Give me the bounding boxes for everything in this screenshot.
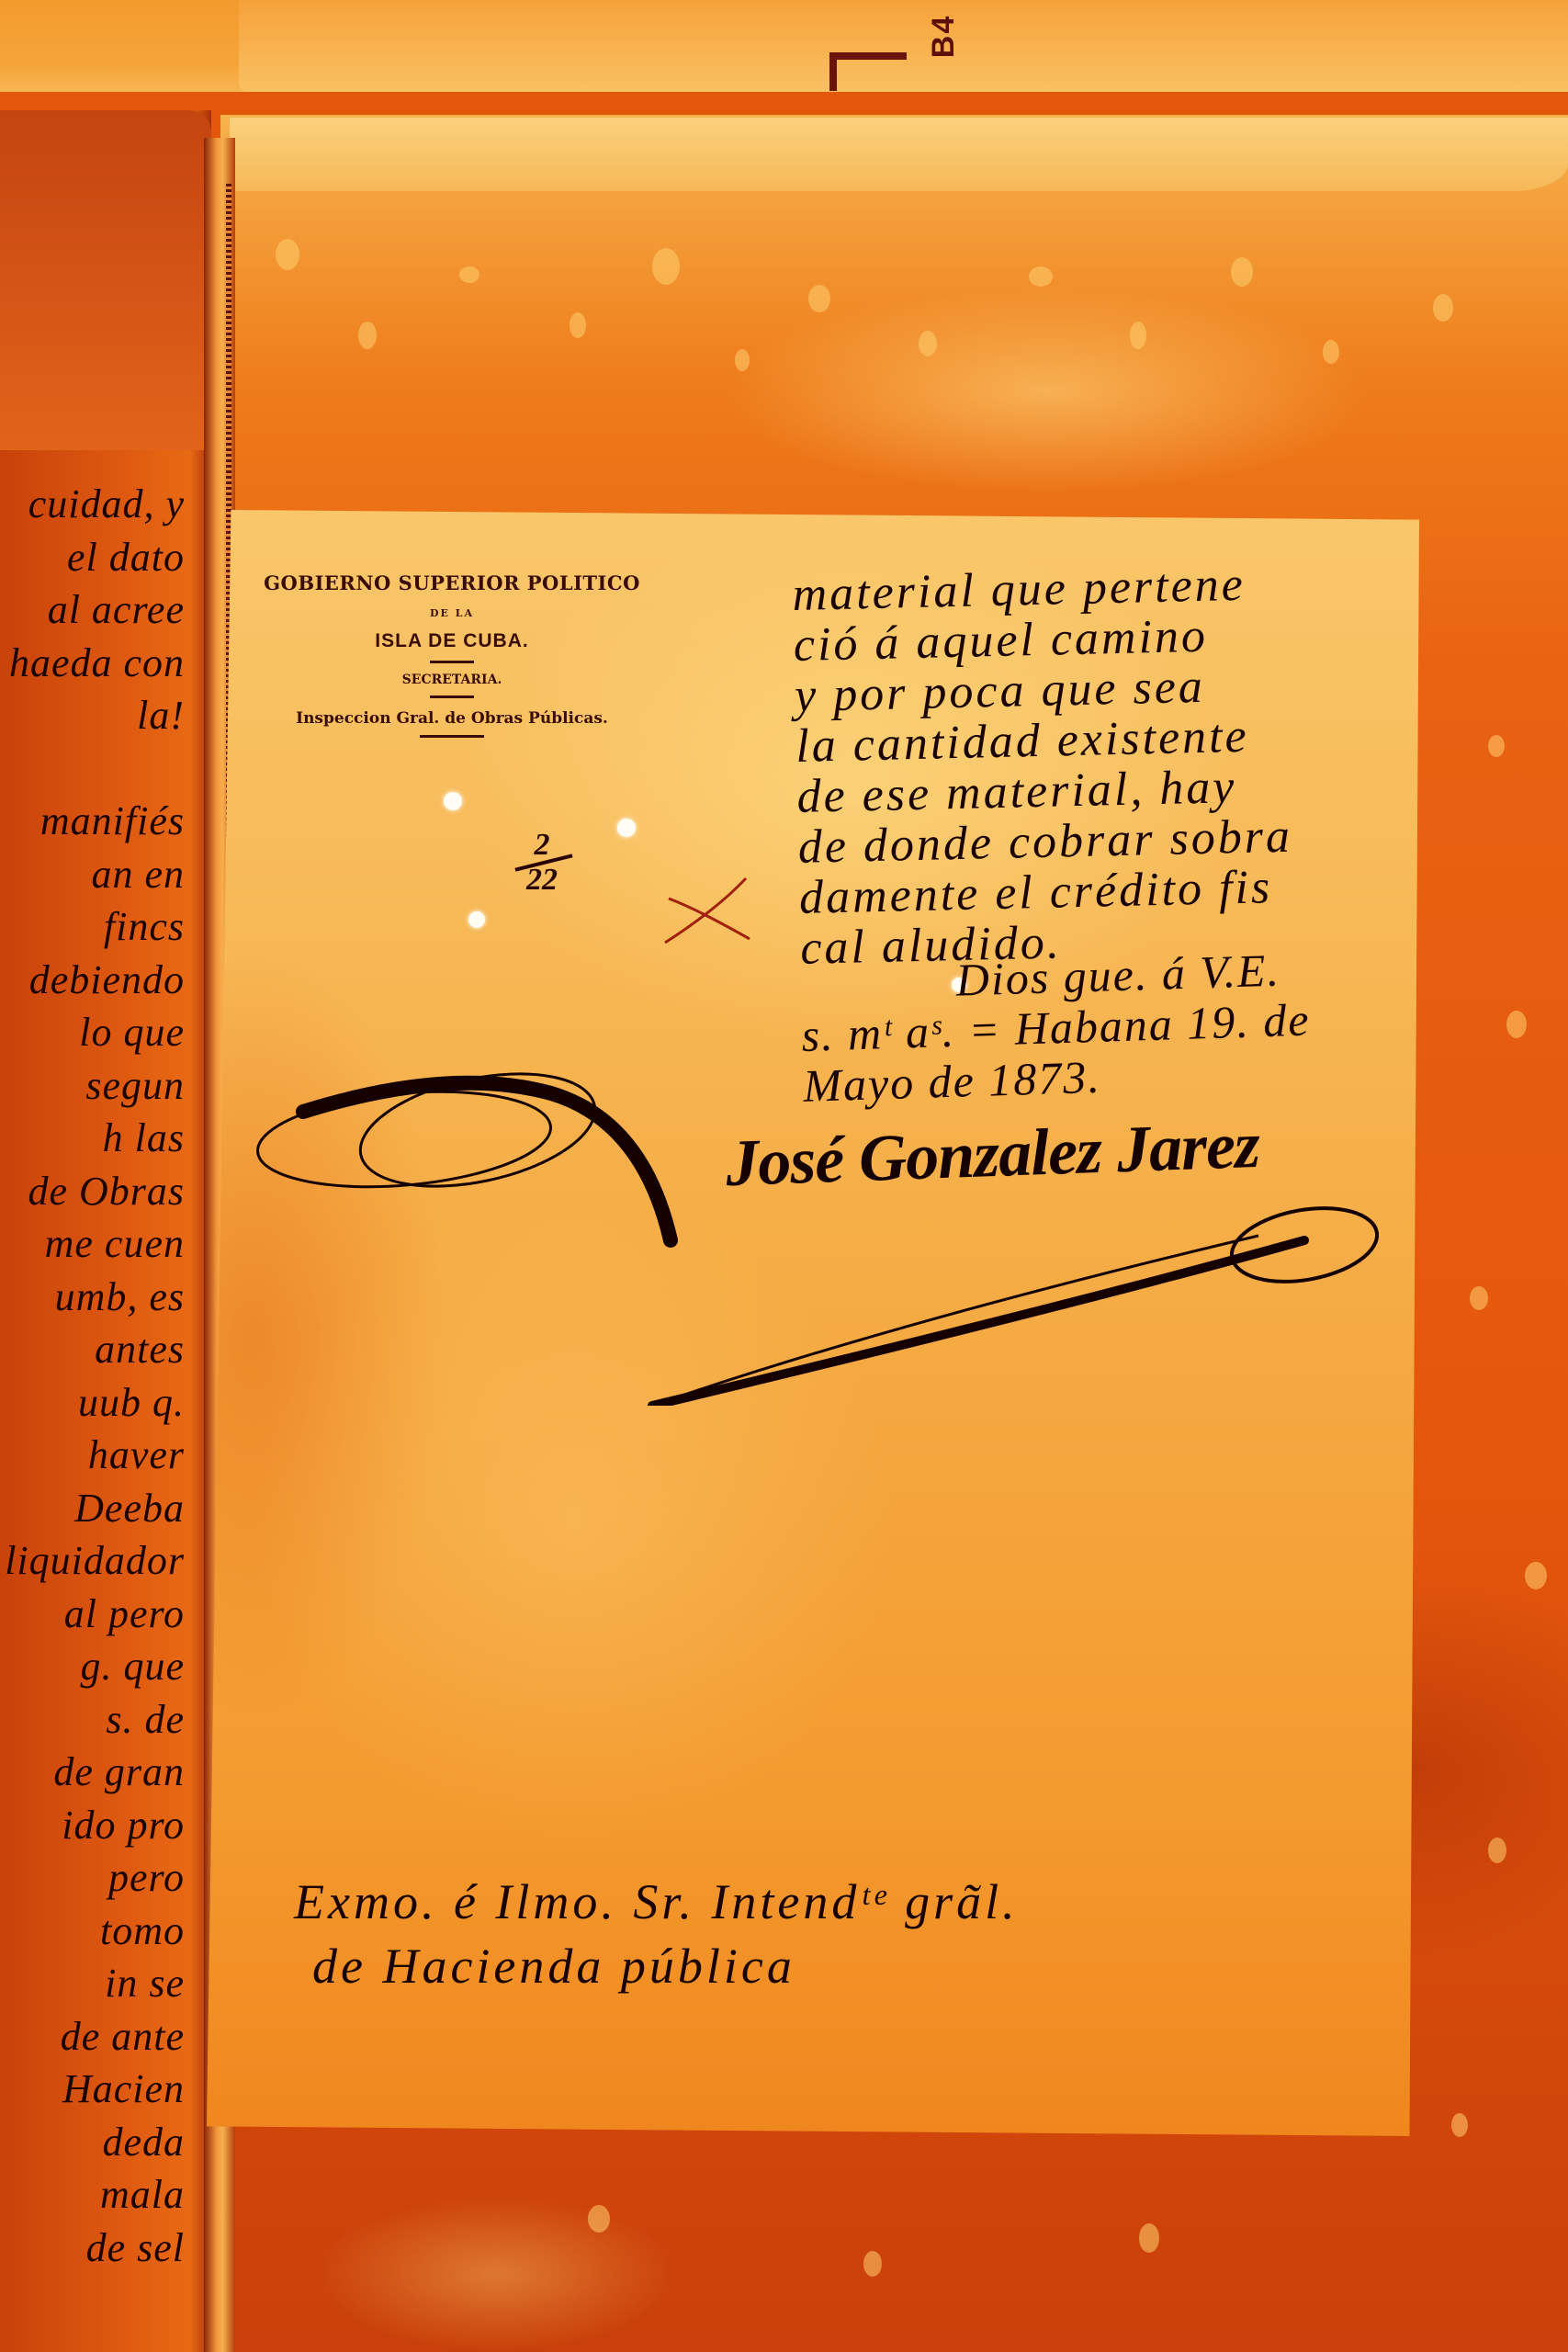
letterhead-divider — [430, 661, 474, 663]
letterhead-department: SECRETARIA. — [259, 673, 645, 687]
address-line: de Hacienda pública — [294, 1934, 1396, 1998]
letterhead-divider — [420, 735, 484, 738]
archive-code: B4 — [926, 15, 962, 58]
address-line: Exmo. é Ilmo. Sr. Intendᵗᵉ grãl. — [294, 1870, 1396, 1934]
light-glare — [468, 911, 485, 928]
red-cross-mark — [661, 873, 753, 946]
light-glare — [617, 819, 636, 837]
recipient-address: Exmo. é Ilmo. Sr. Intendᵗᵉ grãl. de Haci… — [294, 1870, 1396, 1998]
letterhead-office: Inspeccion Gral. de Obras Públicas. — [259, 709, 645, 728]
letter-body: material que pertene ció á aquel camino … — [792, 556, 1426, 974]
letterhead-divider — [430, 695, 474, 698]
backing-top-sheet — [230, 118, 1568, 191]
letterhead: GOBIERNO SUPERIOR POLITICO DE LA ISLA DE… — [259, 571, 645, 738]
left-page-text: cuidad, y el dato al acree haeda con la!… — [0, 478, 197, 2274]
folio-denominator: 22 — [514, 866, 570, 894]
scale-ruler-mark — [829, 52, 907, 91]
letterhead-title: GOBIERNO SUPERIOR POLITICO — [259, 571, 645, 594]
folio-number: 2 22 — [514, 831, 570, 894]
light-glare — [444, 792, 462, 810]
signature-flourish — [248, 1038, 1405, 1406]
left-page-upper-edge — [0, 110, 211, 450]
letterhead-de-la: DE LA — [259, 607, 645, 619]
letterhead-island: ISLA DE CUBA. — [259, 630, 645, 652]
folio-numerator: 2 — [514, 831, 570, 859]
